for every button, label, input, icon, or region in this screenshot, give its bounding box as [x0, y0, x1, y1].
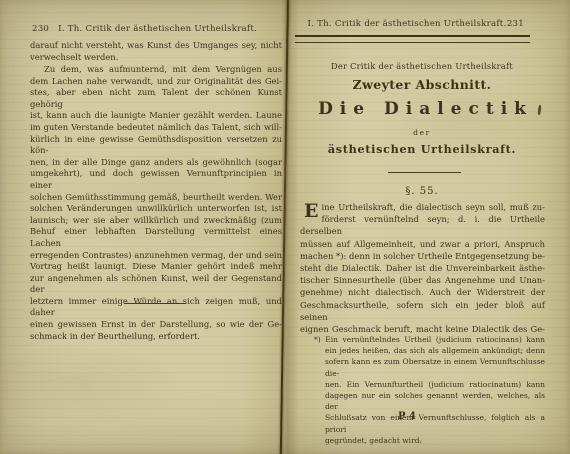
section-number: §. 55. [298, 186, 546, 197]
left-paragraph-2: Zu dem, was aufmunternd, mit dem Vergnüg… [30, 64, 282, 342]
section-55-paragraph: E ine Urtheilskraft, die dialectisch sey… [300, 201, 545, 335]
signature-mark: P 4 [298, 411, 516, 422]
chapter-head-section: Zweyter Abschnitt. [298, 77, 546, 92]
running-head-left: 230 I. Th. Critik der ästhetischen Urthe… [32, 24, 257, 34]
page-number-right: 231 [507, 19, 524, 29]
page-left: 230 I. Th. Critik der ästhetischen Urthe… [0, 0, 288, 454]
running-title-right: I. Th. Critik der ästhetischen Urtheilsk… [308, 19, 507, 29]
chapter-head-part: Der Critik der ästhetischen Urtheilskraf… [298, 61, 546, 71]
section-divider-rule-right [388, 172, 461, 173]
chapter-title: Die Dialectik [298, 99, 546, 119]
running-title-left: I. Th. Critik der ästhetischen Urtheilsk… [58, 24, 257, 34]
chapter-subtitle: ästhetischen Urtheilskraft. [298, 142, 546, 156]
chapter-title-connector: der [298, 128, 546, 137]
book-spread-photo: 230 I. Th. Critik der ästhetischen Urthe… [0, 0, 570, 454]
page-number-left: 230 [32, 24, 49, 34]
running-head-right: I. Th. Critik der ästhetischen Urtheilsk… [298, 19, 516, 29]
section-55-text: ine Urtheilskraft, die dialectisch seyn … [300, 201, 545, 335]
left-paragraph-1: darauf nicht versteht, was Kunst des Umg… [30, 40, 282, 63]
section-divider-rule-left [124, 303, 186, 304]
ink-smudge [537, 105, 541, 115]
header-double-rule [295, 35, 530, 43]
footnote: *) Ein vernünftelndes Urtheil (judicium … [314, 334, 545, 446]
page-right: I. Th. Critik der ästhetischen Urtheilsk… [298, 0, 546, 454]
drop-cap-initial: E [300, 201, 321, 221]
